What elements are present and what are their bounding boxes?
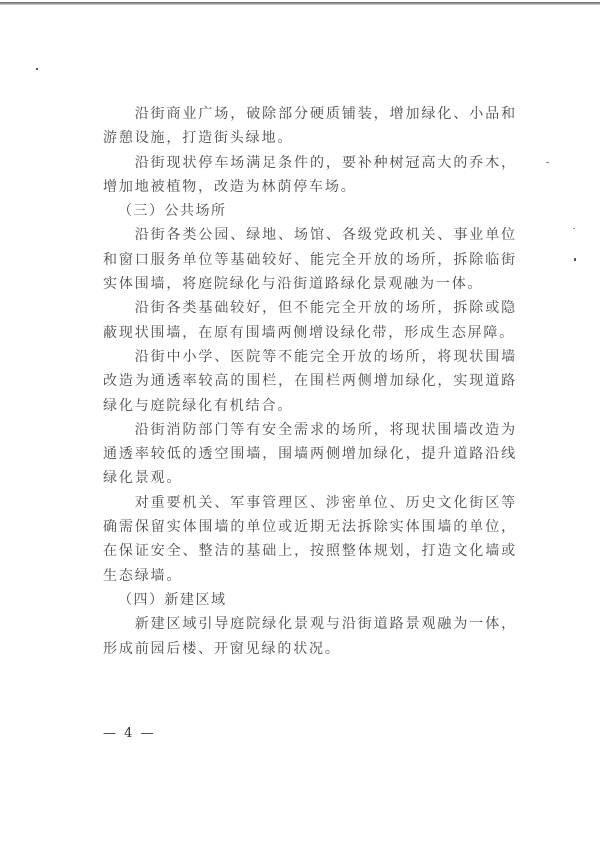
paragraph-schools-hospitals: 沿街中小学、医院等不能完全开放的场所，将现状围墙改造为通透率较高的围栏，在围栏两…	[103, 345, 517, 418]
scan-speck	[574, 258, 576, 261]
section-heading-public-places: （三）公共场所	[103, 199, 517, 223]
page-number: — 4 —	[103, 726, 156, 741]
paragraph-new-areas: 新建区域引导庭院绿化景观与沿街道路景观融为一体，形成前园后楼、开窗见绿的状况。	[103, 612, 517, 661]
section-heading-new-areas: （四）新建区域	[103, 588, 517, 612]
paragraph-semi-open-venues: 沿街各类基础较好，但不能完全开放的场所，拆除或隐蔽现状围墙，在原有围墙两侧增设绿…	[103, 296, 517, 345]
scan-edge-artifact	[0, 2, 600, 5]
paragraph-commercial-plaza: 沿街商业广场，破除部分硬质铺装，增加绿化、小品和游憩设施，打造街头绿地。	[103, 102, 517, 151]
scan-speck	[573, 228, 575, 229]
scan-speck	[36, 68, 38, 70]
paragraph-security-sites: 沿街消防部门等有安全需求的场所，将现状围墙改造为通透率较低的透空围墙，围墙两侧增…	[103, 418, 517, 491]
paragraph-parking-lot: 沿街现状停车场满足条件的，要补种树冠高大的乔木，增加地被植物，改造为林荫停车场。	[103, 151, 517, 200]
paragraph-open-venues: 沿街各类公园、绿地、场馆、各级党政机关、事业单位和窗口服务单位等基础较好、能完全…	[103, 223, 517, 296]
paragraph-important-institutions: 对重要机关、军事管理区、涉密单位、历史文化街区等确需保留实体围墙的单位或近期无法…	[103, 491, 517, 588]
scan-speck	[546, 162, 549, 163]
document-body: 沿街商业广场，破除部分硬质铺装，增加绿化、小品和游憩设施，打造街头绿地。 沿街现…	[103, 102, 517, 661]
